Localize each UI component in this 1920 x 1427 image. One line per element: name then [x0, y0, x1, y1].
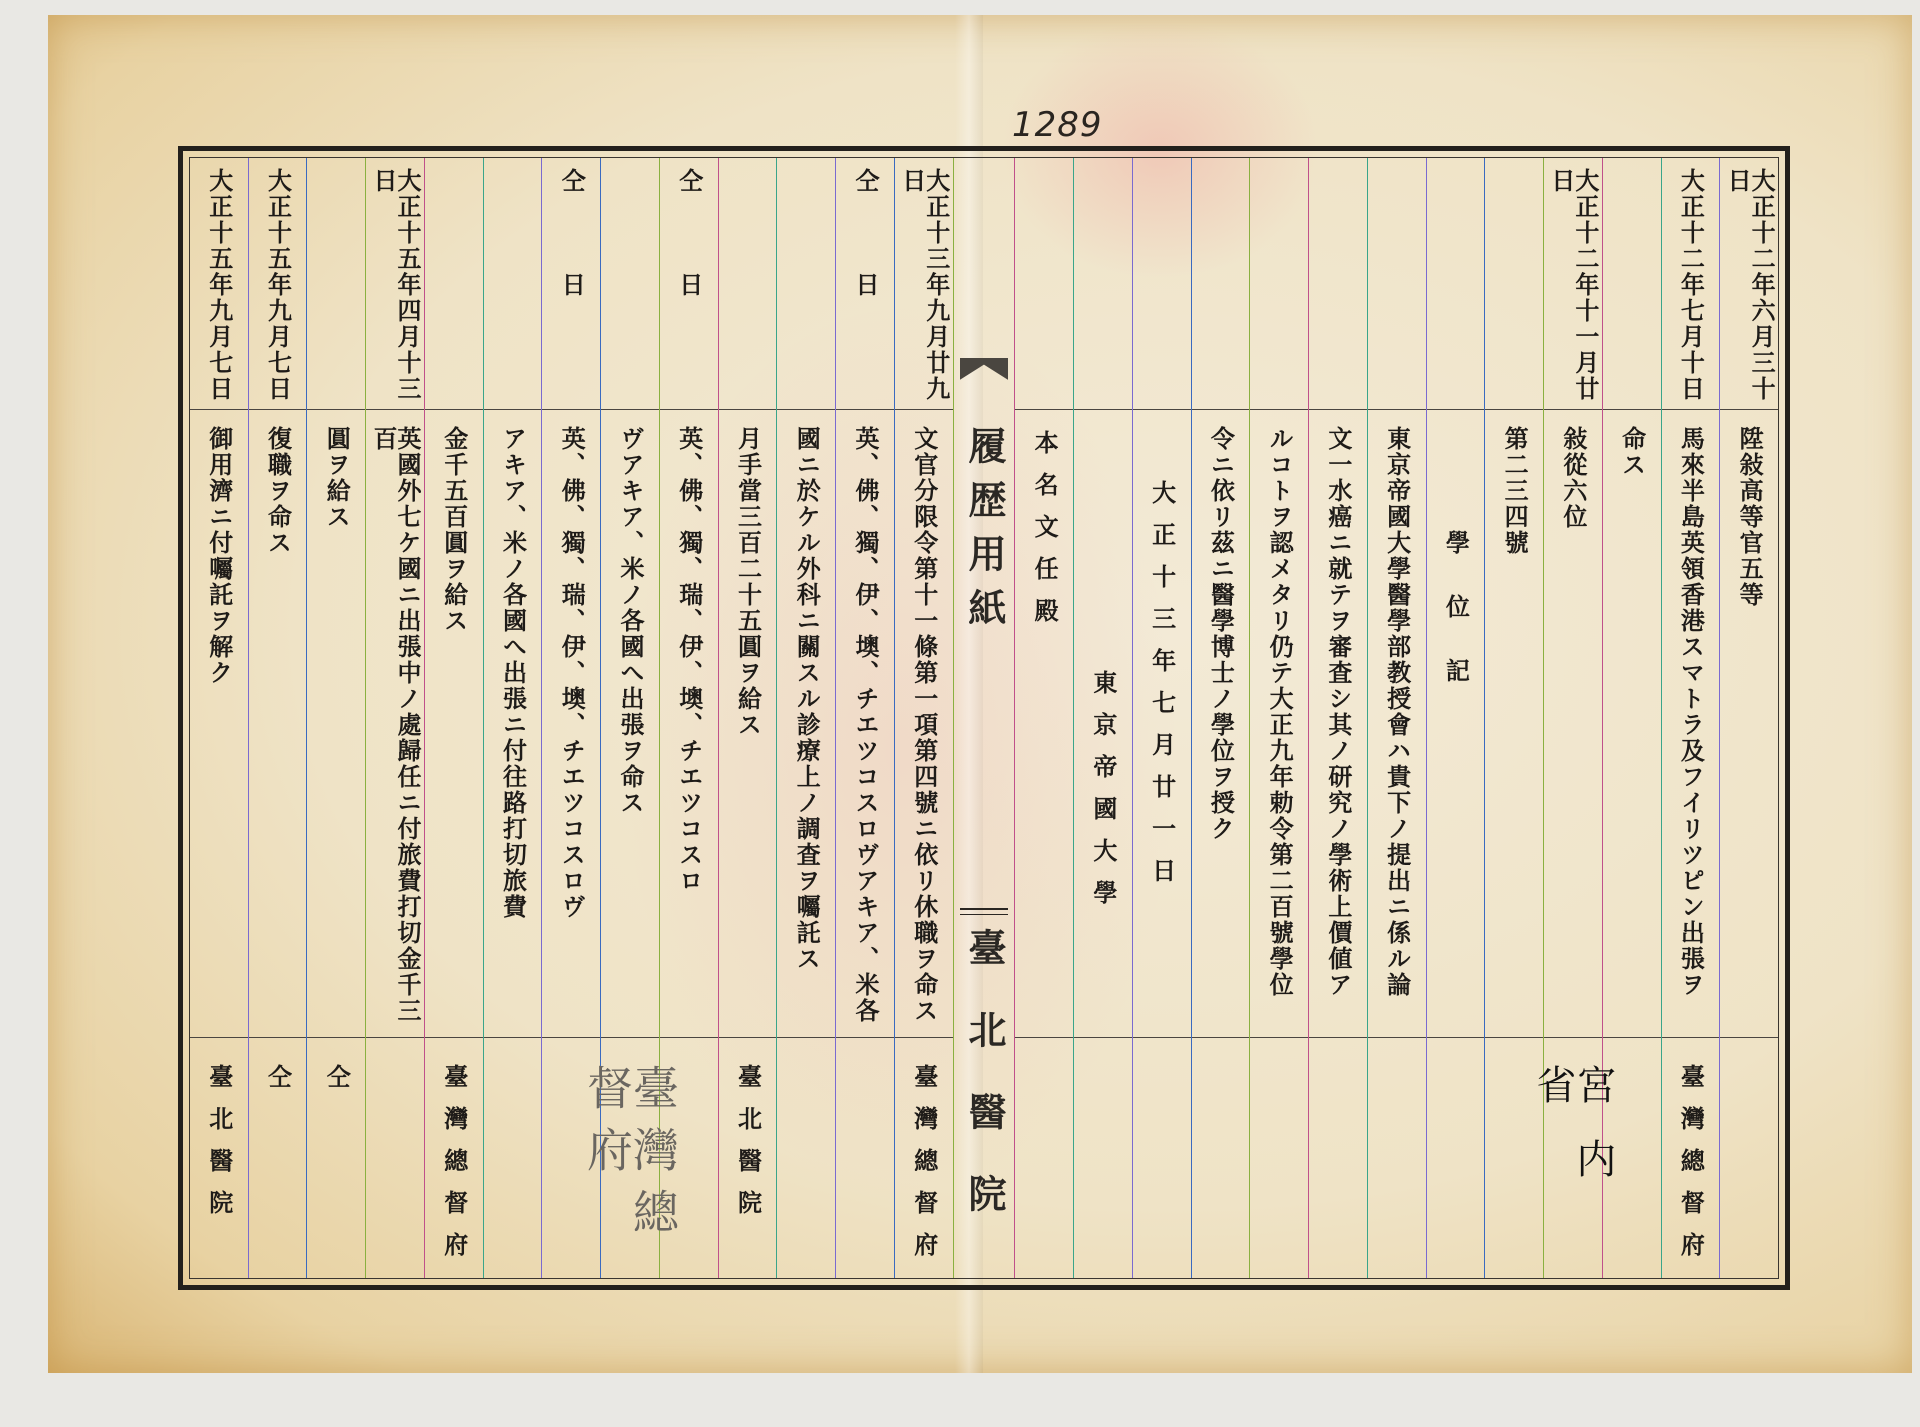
- record-column: 仝 日英、佛、獨、伊、墺、チエツコスロヴアキア、米各: [835, 158, 894, 1278]
- record-column: 大正十五年四月十三日英國外七ケ國ニ出張中ノ處歸任ニ付旅費打切金千三百: [365, 158, 424, 1278]
- entry-text: 復職ヲ命ス: [266, 426, 290, 1037]
- entry-cell: 文官分限令第十一條第一項第四號ニ依リ休職ヲ命ス: [895, 410, 953, 1038]
- issuer-cell: 臺北醫院: [719, 1038, 777, 1278]
- record-column: 令ニ依リ茲ニ醫學博士ノ學位ヲ授ク: [1191, 158, 1250, 1278]
- entry-cell: 馬來半島英領香港スマトラ及フイリツピン出張ヲ: [1662, 410, 1720, 1038]
- issuer-cell: [1133, 1038, 1191, 1278]
- entry-cell: 第二三四號: [1485, 410, 1543, 1038]
- entry-text: 文官分限令第十一條第一項第四號ニ依リ休職ヲ命ス: [912, 426, 936, 1037]
- entry-text: 第二三四號: [1502, 426, 1526, 1037]
- issuer-text: 臺北醫院: [207, 1064, 231, 1278]
- issuer-cell: [836, 1038, 894, 1278]
- entry-cell: 陞敍高等官五等: [1720, 410, 1778, 1038]
- entry-cell: 月手當三百二十五圓ヲ給ス: [719, 410, 777, 1038]
- date-cell: [777, 158, 835, 410]
- date-text: 大正十二年六月三十日: [1725, 168, 1773, 409]
- issuer-cell: 臺北醫院: [190, 1038, 248, 1278]
- date-text: 大正十二年七月十日: [1678, 168, 1702, 409]
- date-cell: 大正十二年七月十日: [1662, 158, 1720, 410]
- entry-cell: 國ニ於ケル外科ニ關スル診療上ノ調査ヲ囑託ス: [777, 410, 835, 1038]
- issuer-cell: 臺灣總督府: [601, 1038, 659, 1278]
- date-cell: 仝 日: [542, 158, 600, 410]
- date-cell: [1192, 158, 1250, 410]
- date-cell: 大正十二年十一月廿日: [1544, 158, 1602, 410]
- entry-text: 金千五百圓ヲ給ス: [442, 426, 466, 1037]
- record-column: 大正十二年七月十日馬來半島英領香港スマトラ及フイリツピン出張ヲ臺灣總督府: [1661, 158, 1720, 1278]
- date-cell: 大正十五年四月十三日: [366, 158, 424, 410]
- entry-cell: 御用濟ニ付囑託ヲ解ク: [190, 410, 248, 1038]
- date-text: 仝 日: [677, 168, 701, 409]
- entry-cell: 文一水癌ニ就テヲ審査シ其ノ研究ノ學術上價値ア: [1309, 410, 1367, 1038]
- entry-cell: 命ス: [1603, 410, 1661, 1038]
- issuer-text: 宮内省: [1533, 1064, 1613, 1278]
- date-cell: [719, 158, 777, 410]
- issuer-cell: [1015, 1038, 1073, 1278]
- entry-cell: 圓ヲ給ス: [307, 410, 365, 1038]
- record-column: アキア、米ノ各國へ出張ニ付往路打切旅費: [483, 158, 542, 1278]
- record-column: 金千五百圓ヲ給ス臺灣總督府: [424, 158, 483, 1278]
- entry-text: 文一水癌ニ就テヲ審査シ其ノ研究ノ學術上價値ア: [1326, 426, 1350, 1037]
- date-text: 仝 日: [559, 168, 583, 409]
- entry-text: 陞敍高等官五等: [1737, 426, 1761, 1037]
- entry-text: 本名文任殿: [1032, 430, 1056, 1037]
- date-cell: [601, 158, 659, 410]
- record-column: 第二三四號: [1484, 158, 1543, 1278]
- issuer-cell: [366, 1038, 424, 1278]
- issuer-cell: [1074, 1038, 1132, 1278]
- date-cell: [1133, 158, 1191, 410]
- entry-cell: 令ニ依リ茲ニ醫學博士ノ學位ヲ授ク: [1192, 410, 1250, 1038]
- date-cell: [1250, 158, 1308, 410]
- issuer-cell: 仝: [249, 1038, 307, 1278]
- issuer-cell: 臺灣總督府: [425, 1038, 483, 1278]
- date-cell: [1015, 158, 1073, 410]
- issuer-cell: [777, 1038, 835, 1278]
- date-cell: [484, 158, 542, 410]
- entry-text: 英、佛、獨、伊、墺、チエツコスロヴアキア、米各: [853, 426, 877, 1037]
- issuer-cell: [1250, 1038, 1308, 1278]
- issuer-cell: [542, 1038, 600, 1278]
- entry-text: 大正十三年七月廿一日: [1150, 480, 1174, 1037]
- issuer-cell: [484, 1038, 542, 1278]
- title-band: 履歴用紙臺北醫院: [953, 158, 1015, 1278]
- issuer-text: 臺灣總督府: [442, 1064, 466, 1278]
- entry-text: 命ス: [1620, 426, 1644, 1037]
- chevron-ornament-icon: [960, 358, 1009, 380]
- issuer-cell: [1192, 1038, 1250, 1278]
- date-text: 大正十三年九月廿九日: [900, 168, 948, 409]
- issuer-cell: [1309, 1038, 1367, 1278]
- date-cell: 大正十二年六月三十日: [1720, 158, 1778, 410]
- record-column: 大正十三年七月廿一日: [1132, 158, 1191, 1278]
- entry-text: 學位記: [1443, 530, 1467, 1037]
- record-column: 本名文任殿: [1014, 158, 1073, 1278]
- date-cell: [1427, 158, 1485, 410]
- date-cell: [1485, 158, 1543, 410]
- date-cell: [307, 158, 365, 410]
- entry-cell: 大正十三年七月廿一日: [1133, 410, 1191, 1038]
- double-rule: [960, 908, 1009, 915]
- issuer-cell: 臺灣總督府: [1662, 1038, 1720, 1278]
- date-text: 仝 日: [853, 168, 877, 409]
- entry-text: 英國外七ケ國ニ出張中ノ處歸任ニ付旅費打切金千三百: [371, 426, 419, 1037]
- page-number: 1289: [1012, 105, 1103, 145]
- entry-text: 東京帝國大學: [1091, 670, 1115, 1037]
- issuer-cell: 仝: [307, 1038, 365, 1278]
- date-text: 大正十二年十一月廿日: [1549, 168, 1597, 409]
- entry-text: ルコトヲ認メタリ仍テ大正九年勅令第二百號學位: [1267, 426, 1291, 1037]
- issuer-cell: [1368, 1038, 1426, 1278]
- record-column: 大正十五年九月七日御用濟ニ付囑託ヲ解ク臺北醫院: [190, 158, 248, 1278]
- entry-text: 月手當三百二十五圓ヲ給ス: [736, 426, 760, 1037]
- issuer-text: 臺北醫院: [736, 1064, 760, 1278]
- entry-cell: 英、佛、獨、瑞、伊、墺、チエツコスロ: [660, 410, 718, 1038]
- issuer-text: 臺灣總督府: [1678, 1064, 1702, 1278]
- issuer-cell: [1720, 1038, 1778, 1278]
- entry-text: ヴアキア、米ノ各國へ出張ヲ命ス: [618, 426, 642, 1037]
- date-cell: [425, 158, 483, 410]
- record-frame: 大正十二年六月三十日陞敍高等官五等大正十二年七月十日馬來半島英領香港スマトラ及フ…: [178, 146, 1790, 1290]
- date-cell: [1309, 158, 1367, 410]
- date-cell: [1603, 158, 1661, 410]
- record-column: ヴアキア、米ノ各國へ出張ヲ命ス臺灣總督府: [600, 158, 659, 1278]
- issuer-cell: [1427, 1038, 1485, 1278]
- entry-cell: 復職ヲ命ス: [249, 410, 307, 1038]
- date-text: 大正十五年九月七日: [207, 168, 231, 409]
- entry-cell: 東京帝國大學: [1074, 410, 1132, 1038]
- entry-text: 馬來半島英領香港スマトラ及フイリツピン出張ヲ: [1678, 426, 1702, 1037]
- entry-text: 敍從六位: [1561, 426, 1585, 1037]
- issuer-cell: [1485, 1038, 1543, 1278]
- entry-text: 英、佛、獨、瑞、伊、墺、チエツコスロヴ: [559, 426, 583, 1037]
- date-cell: [1368, 158, 1426, 410]
- date-text: 大正十五年四月十三日: [371, 168, 419, 409]
- record-column: 文一水癌ニ就テヲ審査シ其ノ研究ノ學術上價値ア: [1308, 158, 1367, 1278]
- entry-cell: 英、佛、獨、伊、墺、チエツコスロヴアキア、米各: [836, 410, 894, 1038]
- record-column: 大正十三年九月廿九日文官分限令第十一條第一項第四號ニ依リ休職ヲ命ス臺灣總督府: [894, 158, 953, 1278]
- entry-text: 東京帝國大學醫學部教授會ハ貴下ノ提出ニ係ル論: [1385, 426, 1409, 1037]
- issuer-text: 臺灣總督府: [912, 1064, 936, 1278]
- issuer-cell: 臺灣總督府: [895, 1038, 953, 1278]
- entry-text: 圓ヲ給ス: [324, 426, 348, 1037]
- entry-cell: 金千五百圓ヲ給ス: [425, 410, 483, 1038]
- issuer-text: 仝: [266, 1064, 290, 1278]
- entry-cell: 英、佛、獨、瑞、伊、墺、チエツコスロヴ: [542, 410, 600, 1038]
- entry-cell: 本名文任殿: [1015, 410, 1073, 1038]
- record-column: 大正十二年六月三十日陞敍高等官五等: [1719, 158, 1778, 1278]
- entry-cell: ルコトヲ認メタリ仍テ大正九年勅令第二百號學位: [1250, 410, 1308, 1038]
- record-column: 大正十五年九月七日復職ヲ命ス仝: [248, 158, 307, 1278]
- entry-text: 國ニ於ケル外科ニ關スル診療上ノ調査ヲ囑託ス: [794, 426, 818, 1037]
- entry-cell: アキア、米ノ各國へ出張ニ付往路打切旅費: [484, 410, 542, 1038]
- record-column: 學位記: [1426, 158, 1485, 1278]
- entry-text: 御用濟ニ付囑託ヲ解ク: [207, 426, 231, 1037]
- date-cell: 仝 日: [660, 158, 718, 410]
- date-cell: 大正十五年九月七日: [190, 158, 248, 410]
- record-column: 大正十二年十一月廿日敍從六位宮内省: [1543, 158, 1602, 1278]
- document-title: 履歴用紙: [965, 426, 1003, 642]
- entry-cell: 學位記: [1427, 410, 1485, 1038]
- record-column: 圓ヲ給ス仝: [306, 158, 365, 1278]
- entry-text: 令ニ依リ茲ニ醫學博士ノ學位ヲ授ク: [1208, 426, 1232, 1037]
- record-column: ルコトヲ認メタリ仍テ大正九年勅令第二百號學位: [1249, 158, 1308, 1278]
- date-cell: 仝 日: [836, 158, 894, 410]
- title-band: 履歴用紙臺北醫院: [954, 158, 1015, 1278]
- entry-text: アキア、米ノ各國へ出張ニ付往路打切旅費: [501, 426, 525, 1037]
- record-column: 東京帝國大學醫學部教授會ハ貴下ノ提出ニ係ル論: [1367, 158, 1426, 1278]
- record-column: 仝 日英、佛、獨、瑞、伊、墺、チエツコスロヴ: [541, 158, 600, 1278]
- entry-cell: 英國外七ケ國ニ出張中ノ處歸任ニ付旅費打切金千三百: [366, 410, 424, 1038]
- entry-cell: ヴアキア、米ノ各國へ出張ヲ命ス: [601, 410, 659, 1038]
- date-cell: [1074, 158, 1132, 410]
- entry-text: 英、佛、獨、瑞、伊、墺、チエツコスロ: [677, 426, 701, 1037]
- record-column: 國ニ於ケル外科ニ關スル診療上ノ調査ヲ囑託ス: [776, 158, 835, 1278]
- entry-cell: 東京帝國大學醫學部教授會ハ貴下ノ提出ニ係ル論: [1368, 410, 1426, 1038]
- date-cell: 大正十五年九月七日: [249, 158, 307, 410]
- institution-name: 臺北醫院: [965, 928, 1003, 1256]
- issuer-text: 仝: [324, 1064, 348, 1278]
- date-text: 大正十五年九月七日: [266, 168, 290, 409]
- date-cell: 大正十三年九月廿九日: [895, 158, 953, 410]
- record-column: 月手當三百二十五圓ヲ給ス臺北醫院: [718, 158, 777, 1278]
- record-column: 東京帝國大學: [1073, 158, 1132, 1278]
- record-columns: 大正十二年六月三十日陞敍高等官五等大正十二年七月十日馬來半島英領香港スマトラ及フ…: [190, 158, 1778, 1278]
- issuer-cell: 宮内省: [1544, 1038, 1602, 1278]
- entry-cell: 敍從六位: [1544, 410, 1602, 1038]
